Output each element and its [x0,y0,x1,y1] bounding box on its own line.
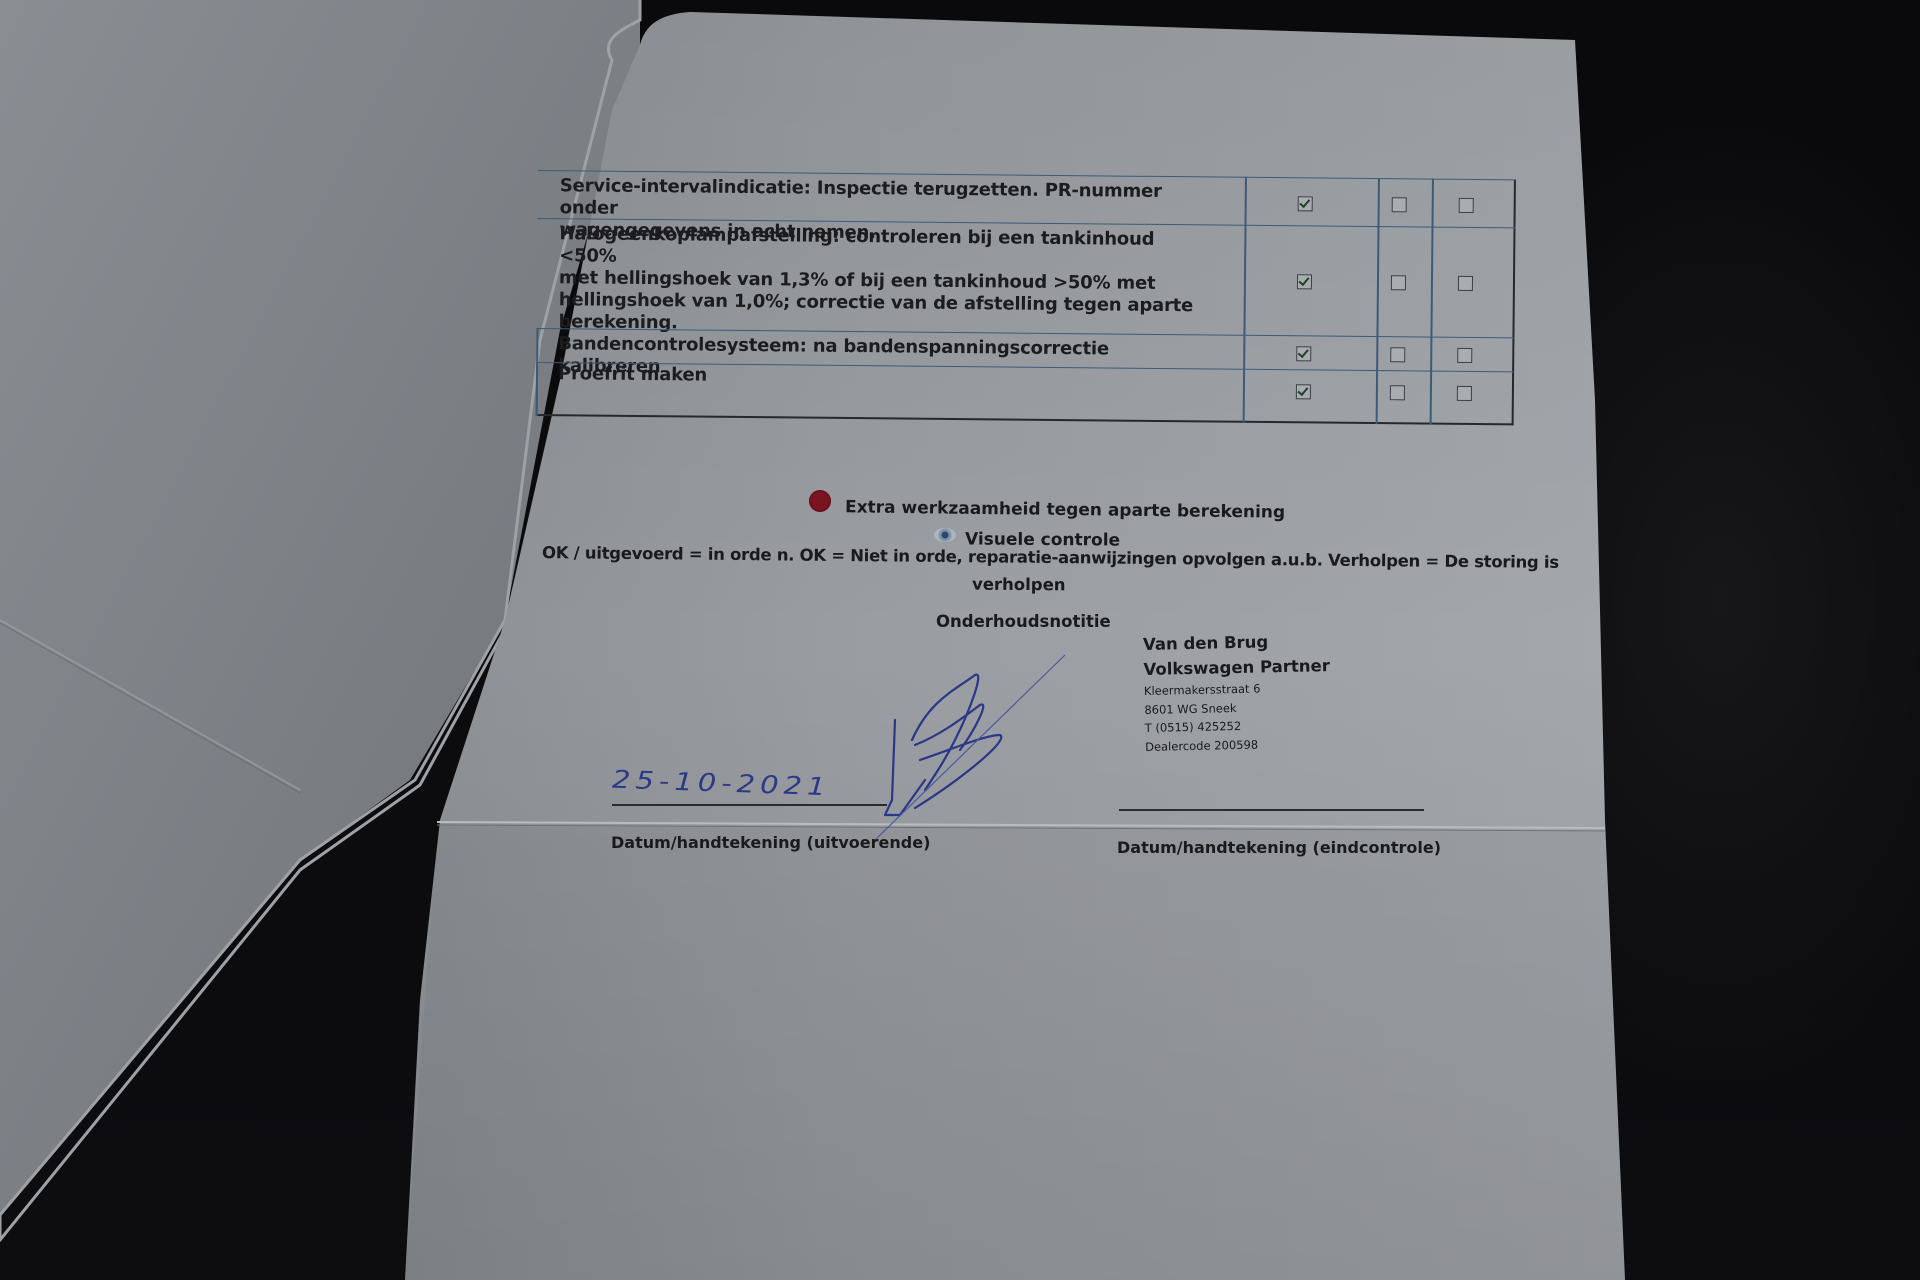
document-content: Service-intervalindicatie: Inspectie ter… [0,0,1920,1280]
ok-checkbox[interactable] [1296,346,1311,361]
table-row: Proefrit maken [536,362,1514,426]
not-ok-checkbox[interactable] [1390,385,1405,400]
ok-checkbox[interactable] [1297,274,1312,289]
performer-signature-line[interactable] [612,804,887,806]
not-ok-checkbox[interactable] [1392,197,1407,212]
legend-explanation-continued: verholpen [972,575,1066,595]
dealer-info: Van den Brug Volkswagen Partner Kleermak… [1143,628,1332,756]
performer-signature-label: Datum/handtekening (uitvoerende) [611,833,930,852]
red-dot-icon [809,490,831,512]
fixed-checkbox[interactable] [1459,198,1474,213]
table-row: Halogeenkoplampafstelling: controleren b… [536,218,1515,338]
handwritten-date: 25-10-2021 [612,765,831,802]
ok-checkbox[interactable] [1298,196,1313,211]
not-ok-checkbox[interactable] [1391,275,1406,290]
eye-icon [934,528,956,542]
fixed-checkbox[interactable] [1457,348,1472,363]
final-check-signature-label: Datum/handtekening (eindcontrole) [1117,838,1441,857]
maintenance-checklist-table: Service-intervalindicatie: Inspectie ter… [536,170,1516,425]
row-description: Proefrit maken [558,363,1214,391]
final-check-signature-line[interactable] [1119,809,1424,811]
dealer-partner: Volkswagen Partner [1143,653,1330,682]
row-description: Halogeenkoplampafstelling: controleren b… [558,223,1215,339]
dealer-code: Dealercode 200598 [1145,734,1332,756]
maintenance-note-label: Onderhoudsnotitie [936,612,1111,631]
legend-extra-work: Extra werkzaamheid tegen aparte berekeni… [845,497,1285,522]
ok-checkbox[interactable] [1296,384,1311,399]
fixed-checkbox[interactable] [1458,276,1473,291]
not-ok-checkbox[interactable] [1390,347,1405,362]
legend-explanation: OK / uitgevoerd = in orde n. OK = Niet i… [542,543,1559,572]
fixed-checkbox[interactable] [1457,386,1472,401]
